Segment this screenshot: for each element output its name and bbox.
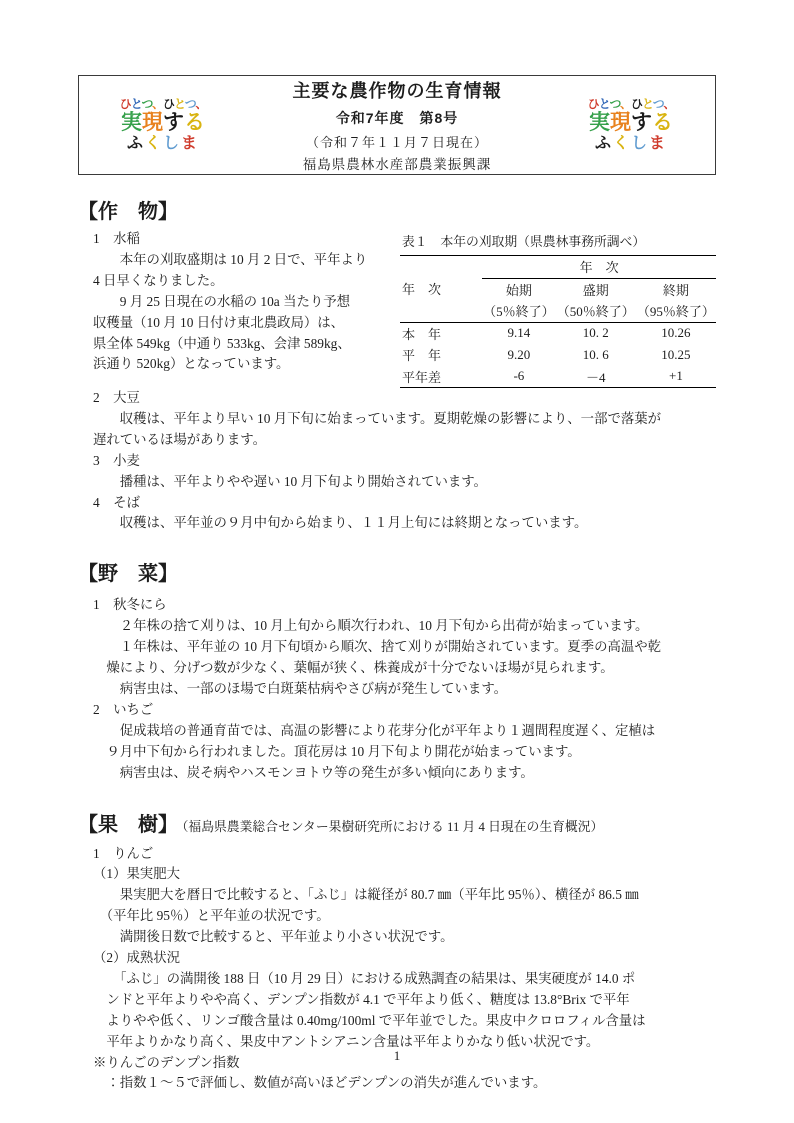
fruits-heading-note: （福島県農業総合センター果樹研究所における 11 月 4 日現在の生育概況） <box>182 820 603 834</box>
table-cell: 10.26 <box>636 322 716 344</box>
text-line: ンドと平年よりやや高く、デンプン指数が 4.1 で平年より低く、糖度は 13.8… <box>93 990 716 1011</box>
text-line: 4 日早くなりました。 <box>93 271 400 292</box>
text-line: 収穫量（10 月 10 日付け東北農政局）は、 <box>93 313 400 334</box>
column-subheader: （50％終了） <box>556 300 636 322</box>
logo-character: と <box>599 97 610 111</box>
text-line: 病害虫は、炭そ病やハスモンヨトウ等の発生が多い傾向にあります。 <box>93 763 716 784</box>
logo-character: と <box>642 97 653 111</box>
logo-character: し <box>631 135 649 152</box>
text-line: 1 りんご <box>93 844 716 865</box>
table-body: 本 年9.1410. 210.26平 年9.2010. 610.25平年差-6－… <box>400 322 716 388</box>
logo-character: ま <box>649 135 667 152</box>
text-line: 浜通り 520kg）となっています。 <box>93 354 400 375</box>
column-header: 始期 <box>482 278 555 300</box>
text-line: ９月中下旬から行われました。頂花房は 10 月下旬より開花が始まっています。 <box>93 742 716 763</box>
section-crops: 【作 物】 1 水稲 本年の刈取盛期は 10 月 2 日で、平年より4 日早くな… <box>78 195 716 534</box>
text-line: １年株は、平年並の 10 月下旬頃から順次、捨て刈りが開始されています。夏季の高… <box>93 637 716 658</box>
table-cell: +1 <box>636 366 716 388</box>
logo-character: 実 <box>121 111 142 134</box>
logo-line-3: ふくしま <box>557 135 705 153</box>
group-header: 年 次 <box>482 256 716 279</box>
text-line: 促成栽培の普通育苗では、高温の影響により花芽分化が平年より１週間程度遅く、定植は <box>93 721 716 742</box>
logo-character: 、 <box>620 97 631 111</box>
column-subheader: （95％終了） <box>636 300 716 322</box>
fruits-heading-text: 【果 樹】 <box>78 814 178 836</box>
fukushima-logo-right: ひとつ、ひとつ、 実現する ふくしま <box>557 98 705 153</box>
logo-line-1: ひとつ、ひとつ、 <box>89 98 237 111</box>
logo-character: し <box>163 135 181 152</box>
text-line: 収穫は、平年より早い 10 月下旬に始まっています。夏期乾燥の影響により、一部で… <box>93 409 716 430</box>
text-line: 「ふじ」の満開後 188 日（10 月 29 日）における成熟調査の結果は、果実… <box>93 969 716 990</box>
text-line: 4 そば <box>93 493 716 514</box>
text-line: 病害虫は、一部のほ場で白斑葉枯病やさび病が発生しています。 <box>93 679 716 700</box>
section-heading-vegetables: 【野 菜】 <box>78 557 716 586</box>
row-header: 平年差 <box>400 366 482 388</box>
page-number: 1 <box>0 1048 794 1064</box>
logo-character: く <box>145 135 163 152</box>
logo-character: つ <box>653 97 664 111</box>
row-header: 平 年 <box>400 344 482 366</box>
section-vegetables: 【野 菜】 1 秋冬にら ２年株の捨て刈りは、10 月上旬から順次行われ、10 … <box>78 557 716 783</box>
text-line: ：指数１～５で評価し、数値が高いほどデンプンの消失が進んでいます。 <box>93 1073 716 1094</box>
text-line: 2 いちご <box>93 700 716 721</box>
column-header: 盛期 <box>556 278 636 300</box>
logo-line-3: ふくしま <box>89 135 237 153</box>
table-cell: 10. 2 <box>556 322 636 344</box>
harvest-table-block: 表１ 本年の刈取期（県農林事務所調べ） 年 次 年 次 始期 盛期 終期 <box>400 229 716 388</box>
table-header-row: 年 次 年 次 <box>400 256 716 279</box>
row-header: 本 年 <box>400 322 482 344</box>
text-line: （平年比 95％）と平年並の状況です。 <box>93 906 716 927</box>
table-cell: 9.20 <box>482 344 555 366</box>
logo-character: ま <box>181 135 199 152</box>
text-line: 満開後日数で比較すると、平年並より小さい状況です。 <box>93 927 716 948</box>
logo-character: す <box>631 111 652 134</box>
logo-character: ふ <box>127 135 145 152</box>
text-line: 燥により、分げつ数が少なく、葉幅が狭く、株養成が十分でないほ場が見られます。 <box>93 658 716 679</box>
logo-character: つ <box>609 97 620 111</box>
logo-character: つ <box>185 97 196 111</box>
logo-character: る <box>652 111 673 134</box>
text-line: 1 秋冬にら <box>93 595 716 616</box>
logo-character: ふ <box>595 135 613 152</box>
text-line: 遅れているほ場があります。 <box>93 430 716 451</box>
text-line: 播種は、平年よりやや遅い 10 月下旬より開始されています。 <box>93 472 716 493</box>
logo-character: 、 <box>195 97 206 111</box>
table-caption: 表１ 本年の刈取期（県農林事務所調べ） <box>402 231 716 250</box>
text-line: （2）成熟状況 <box>93 948 716 969</box>
table-cell: －4 <box>556 366 636 388</box>
logo-character: 現 <box>142 111 163 134</box>
table-row: 平年差-6－4+1 <box>400 366 716 388</box>
text-line: 2 大豆 <box>93 388 716 409</box>
text-line: ２年株の捨て刈りは、10 月上旬から順次行われ、10 月下旬から出荷が始まってい… <box>93 616 716 637</box>
table-cell: 10. 6 <box>556 344 636 366</box>
text-line: 本年の刈取盛期は 10 月 2 日で、平年より <box>93 250 400 271</box>
logo-line-2: 実現する <box>89 111 237 135</box>
logo-character: 実 <box>589 111 610 134</box>
logo-character: つ <box>141 97 152 111</box>
column-subheader: （5％終了） <box>482 300 555 322</box>
document-page: ひとつ、ひとつ、 実現する ふくしま 主要な農作物の生育情報 令和7年度 第8号… <box>0 0 794 1123</box>
table-cell: -6 <box>482 366 555 388</box>
text-line: 1 水稲 <box>93 229 400 250</box>
section-heading-crops: 【作 物】 <box>78 195 716 224</box>
issue-number: 令和7年度 第8号 <box>237 108 557 128</box>
logo-character: ひ <box>163 97 174 111</box>
logo-character: く <box>613 135 631 152</box>
table-cell: 9.14 <box>482 322 555 344</box>
vegetables-paragraphs: 1 秋冬にら ２年株の捨て刈りは、10 月上旬から順次行われ、10 月下旬から出… <box>78 595 716 783</box>
current-date-note: （令和７年１１月７日現在） <box>237 132 557 151</box>
logo-character: ひ <box>120 97 131 111</box>
crops-other-paragraphs: 2 大豆 収穫は、平年より早い 10 月下旬に始まっています。夏期乾燥の影響によ… <box>78 388 716 534</box>
text-line: よりやや低く、リンゴ酸含量は 0.40mg/100ml で平年並でした。果皮中ク… <box>93 1011 716 1032</box>
logo-character: と <box>174 97 185 111</box>
logo-character: 、 <box>663 97 674 111</box>
section-heading-fruits: 【果 樹】（福島県農業総合センター果樹研究所における 11 月 4 日現在の生育… <box>78 808 716 837</box>
header-banner: ひとつ、ひとつ、 実現する ふくしま 主要な農作物の生育情報 令和7年度 第8号… <box>78 75 716 175</box>
header-text-block: 主要な農作物の生育情報 令和7年度 第8号 （令和７年１１月７日現在） 福島県農… <box>237 77 557 173</box>
table-cell: 10.25 <box>636 344 716 366</box>
text-line: （1）果実肥大 <box>93 864 716 885</box>
logo-line-1: ひとつ、ひとつ、 <box>557 98 705 111</box>
corner-header: 年 次 <box>400 256 482 323</box>
column-header: 終期 <box>636 278 716 300</box>
rice-paragraph: 1 水稲 本年の刈取盛期は 10 月 2 日で、平年より4 日早くなりました。 … <box>78 229 400 375</box>
logo-character: ひ <box>631 97 642 111</box>
logo-character: 現 <box>610 111 631 134</box>
text-line: 県全体 549kg（中通り 533kg、会津 589kg、 <box>93 334 400 355</box>
logo-character: す <box>163 111 184 134</box>
table-row: 平 年9.2010. 610.25 <box>400 344 716 366</box>
document-title: 主要な農作物の生育情報 <box>237 77 557 103</box>
logo-character: る <box>184 111 205 134</box>
table-row: 本 年9.1410. 210.26 <box>400 322 716 344</box>
logo-character: 、 <box>152 97 163 111</box>
fukushima-logo-left: ひとつ、ひとつ、 実現する ふくしま <box>89 98 237 153</box>
text-line: 収穫は、平年並の９月中旬から始まり、１１月上旬には終期となっています。 <box>93 513 716 534</box>
crops-two-column-block: 1 水稲 本年の刈取盛期は 10 月 2 日で、平年より4 日早くなりました。 … <box>78 229 716 388</box>
text-line: 果実肥大を暦日で比較すると、「ふじ」は縦径が 80.7 ㎜（平年比 95％）、横… <box>93 885 716 906</box>
issuing-org: 福島県農林水産部農業振興課 <box>237 153 557 173</box>
text-line: 3 小麦 <box>93 451 716 472</box>
logo-character: ひ <box>588 97 599 111</box>
logo-character: と <box>131 97 142 111</box>
text-line: 9 月 25 日現在の水稲の 10a 当たり予想 <box>93 292 400 313</box>
harvest-period-table: 年 次 年 次 始期 盛期 終期 （5％終了） （50％終了） （95％終了） <box>400 255 716 388</box>
logo-line-2: 実現する <box>557 111 705 135</box>
